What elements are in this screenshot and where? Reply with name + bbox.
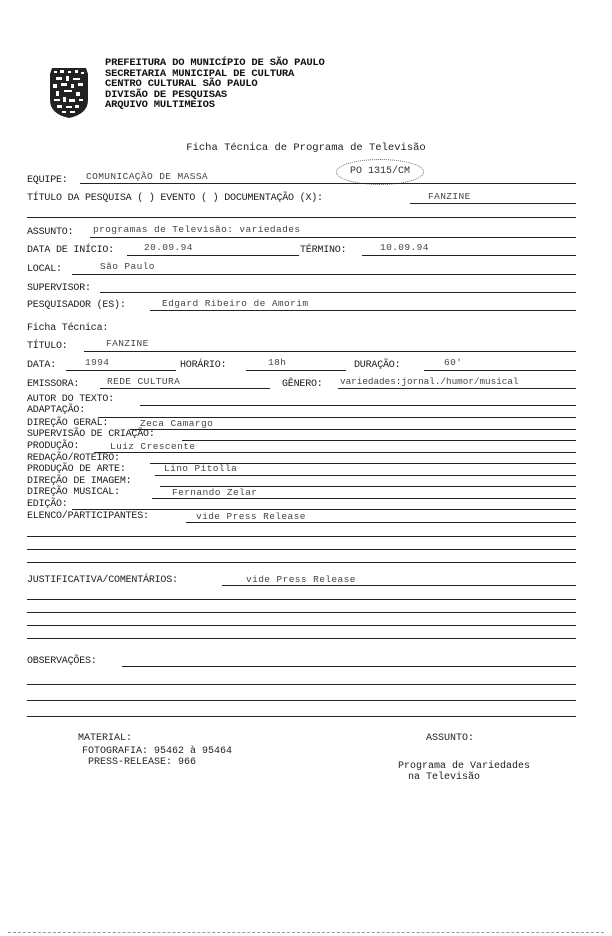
genero-value: variedades:jornal./humor/musical xyxy=(340,376,519,387)
direcao-geral-label: DIREÇÃO GERAL: xyxy=(27,418,108,429)
autor-line xyxy=(140,405,576,406)
blank-line xyxy=(27,536,576,537)
titulo-label: TÍTULO: xyxy=(27,341,68,352)
assunto-value: programas de Televisão: variedades xyxy=(93,224,300,235)
duracao-label: DURAÇÃO: xyxy=(354,360,400,371)
blank-line xyxy=(27,625,576,626)
local-value: São Paulo xyxy=(100,261,155,272)
assunto-footer-label: ASSUNTO: xyxy=(426,733,474,744)
duracao-value: 60' xyxy=(444,357,462,368)
assunto-line xyxy=(90,237,576,238)
producao-arte-value: Lino Pitolla xyxy=(164,463,237,474)
supervisor-line xyxy=(100,292,576,293)
pesquisador-line xyxy=(150,310,576,311)
justificativa-label: JUSTIFICATIVA/COMENTÁRIOS: xyxy=(27,575,178,586)
direcao-geral-value: Zeca Camargo xyxy=(140,418,213,429)
adaptacao-label: ADAPTAÇÃO: xyxy=(27,405,85,416)
horario-label: HORÁRIO: xyxy=(180,360,226,371)
equipe-line xyxy=(80,183,576,184)
header-line: CENTRO CULTURAL SÃO PAULO xyxy=(105,79,325,90)
data-label: DATA: xyxy=(27,360,56,371)
producao-arte-label: PRODUÇÃO DE ARTE: xyxy=(27,464,126,475)
emissora-line xyxy=(100,388,270,389)
data-inicio-value: 20.09.94 xyxy=(144,242,193,253)
material-item: PRESS-RELEASE: 966 xyxy=(88,757,196,768)
header-line: ARQUIVO MULTIMEIOS xyxy=(105,100,325,111)
institution-header: PREFEITURA DO MUNICÍPIO DE SÃO PAULO SEC… xyxy=(105,58,325,111)
redacao-label: REDAÇÃO/ROTEIRO: xyxy=(27,453,120,464)
genero-label: GÊNERO: xyxy=(282,379,323,390)
observacoes-label: OBSERVAÇÕES: xyxy=(27,656,97,667)
assunto-footer-line: Programa de Variedades xyxy=(398,761,530,772)
blank-line xyxy=(27,612,576,613)
material-label: MATERIAL: xyxy=(78,733,132,744)
direcao-geral-line xyxy=(130,429,576,430)
producao-arte-line xyxy=(155,475,576,476)
supervisor-label: SUPERVISOR: xyxy=(27,283,91,294)
equipe-label: EQUIPE: xyxy=(27,175,68,186)
data-line xyxy=(66,370,176,371)
assunto-footer-line: na Televisão xyxy=(408,772,480,783)
duracao-line xyxy=(424,370,576,371)
reference-stamp: PO 1315/CM xyxy=(336,159,424,185)
producao-value: Luiz Crescente xyxy=(110,441,195,452)
termino-line xyxy=(362,255,576,256)
scan-edge xyxy=(8,932,604,933)
elenco-line xyxy=(186,522,576,523)
direcao-musical-label: DIREÇÃO MUSICAL: xyxy=(27,487,120,498)
horario-line xyxy=(246,370,346,371)
justificativa-value: vide Press Release xyxy=(246,574,356,585)
tipo-value: FANZINE xyxy=(428,191,471,202)
direcao-musical-line xyxy=(152,498,576,499)
genero-line xyxy=(338,388,576,389)
producao-line xyxy=(94,452,576,453)
ficha-tecnica-heading: Ficha Técnica: xyxy=(27,323,108,334)
titulo-line xyxy=(84,351,576,352)
data-inicio-line xyxy=(127,255,299,256)
form-title: Ficha Técnica de Programa de Televisão xyxy=(0,142,612,154)
blank-line xyxy=(27,684,576,685)
observacoes-line xyxy=(122,666,576,667)
horario-value: 18h xyxy=(268,357,286,368)
termino-value: 10.09.94 xyxy=(380,242,429,253)
blank-line xyxy=(27,638,576,639)
tipo-label: TÍTULO DA PESQUISA ( ) EVENTO ( ) DOCUME… xyxy=(27,193,323,204)
local-line xyxy=(72,274,576,275)
municipal-coat-of-arms-icon xyxy=(44,64,94,120)
direcao-musical-value: Fernando Zelar xyxy=(172,487,257,498)
termino-label: TÉRMINO: xyxy=(300,245,346,256)
local-label: LOCAL: xyxy=(27,264,62,275)
blank-line xyxy=(27,700,576,701)
blank-line xyxy=(27,217,576,218)
edicao-line xyxy=(72,509,576,510)
autor-label: AUTOR DO TEXTO: xyxy=(27,394,114,405)
data-value: 1994 xyxy=(85,357,109,368)
emissora-value: REDE CULTURA xyxy=(107,376,180,387)
elenco-value: vide Press Release xyxy=(196,511,306,522)
equipe-value: COMUNICAÇÃO DE MASSA xyxy=(86,171,208,182)
edicao-label: EDIÇÃO: xyxy=(27,499,68,510)
producao-label: PRODUÇÃO: xyxy=(27,441,79,452)
blank-line xyxy=(27,562,576,563)
pesquisador-label: PESQUISADOR (ES): xyxy=(27,300,126,311)
blank-line xyxy=(27,549,576,550)
tipo-line xyxy=(410,203,576,204)
pesquisador-value: Edgard Ribeiro de Amorim xyxy=(162,298,308,309)
direcao-imagem-label: DIREÇÃO DE IMAGEM: xyxy=(27,476,131,487)
data-inicio-label: DATA DE INÍCIO: xyxy=(27,245,114,256)
justificativa-line xyxy=(222,585,576,586)
elenco-label: ELENCO/PARTICIPANTES: xyxy=(27,511,149,522)
supervisao-criacao-label: SUPERVISÃO DE CRIAÇÃO: xyxy=(27,429,155,440)
assunto-label: ASSUNTO: xyxy=(27,227,73,238)
titulo-value: FANZINE xyxy=(106,338,149,349)
coat-of-arms-logo xyxy=(44,64,94,120)
header-line: PREFEITURA DO MUNICÍPIO DE SÃO PAULO xyxy=(105,58,325,69)
material-item: FOTOGRAFIA: 95462 à 95464 xyxy=(82,746,232,757)
blank-line xyxy=(27,716,576,717)
emissora-label: EMISSORA: xyxy=(27,379,79,390)
supervisao-criacao-line xyxy=(182,440,576,441)
blank-line xyxy=(27,599,576,600)
